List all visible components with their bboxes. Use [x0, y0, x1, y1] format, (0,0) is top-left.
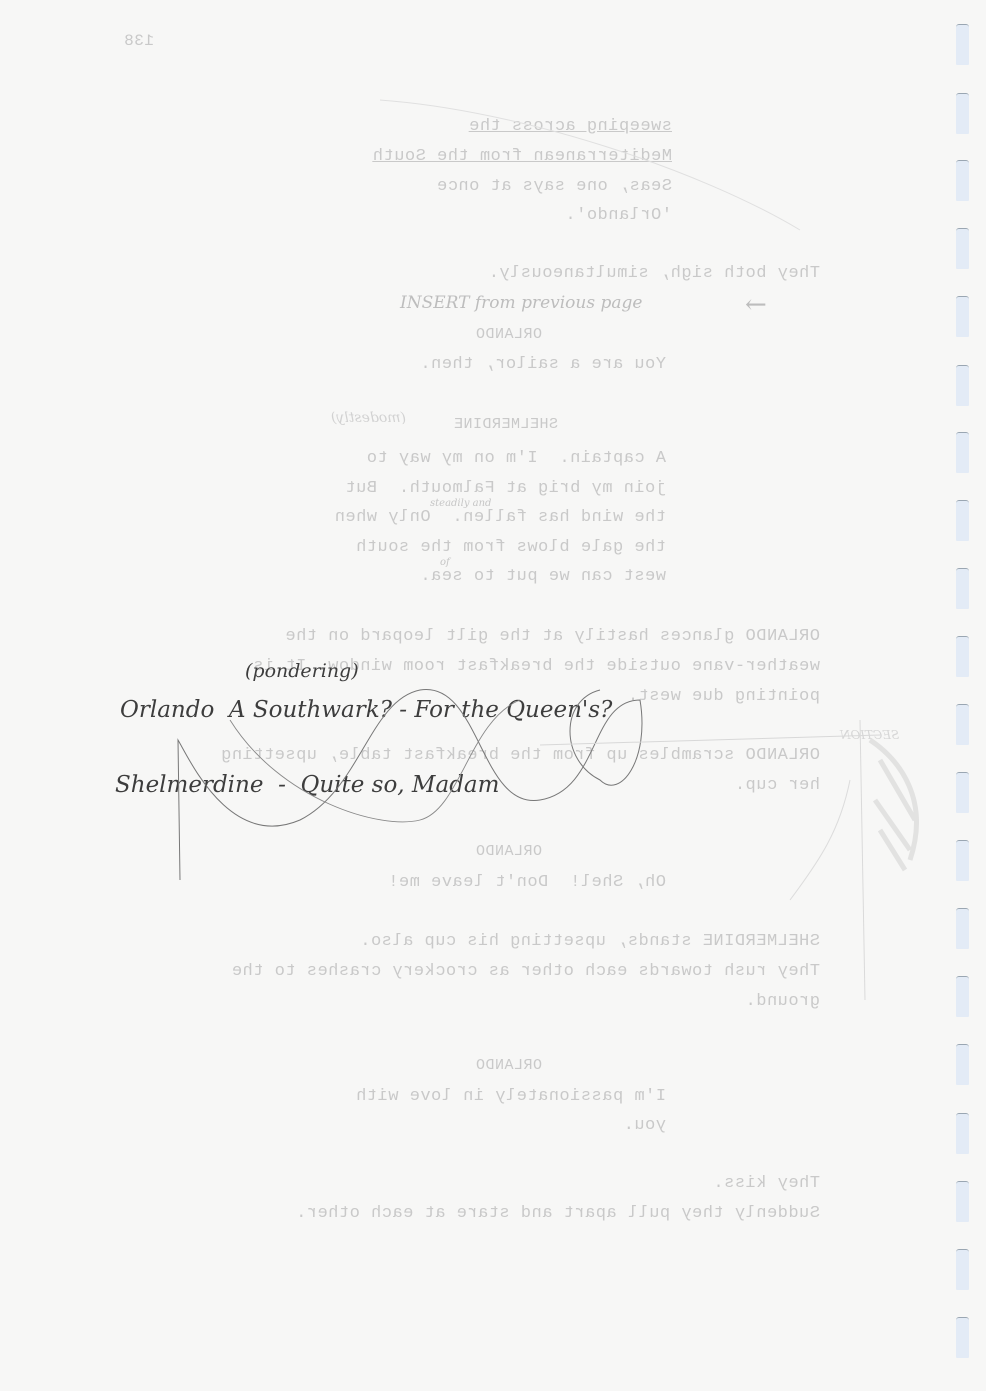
binding-hole [956, 840, 969, 881]
binding-hole [956, 365, 969, 406]
binding-hole [956, 500, 969, 541]
binding-hole [956, 772, 969, 813]
binding-hole [956, 432, 969, 473]
binding-hole [956, 1044, 969, 1085]
binding-hole [956, 704, 969, 745]
pencil-marks [0, 0, 986, 1391]
binding-hole [956, 24, 969, 65]
binding-hole [956, 1113, 969, 1154]
binding-hole [956, 1181, 969, 1222]
binding-hole [956, 908, 969, 949]
binding-hole [956, 568, 969, 609]
binding-hole [956, 160, 969, 201]
binding-hole [956, 1249, 969, 1290]
binding-hole [956, 296, 969, 337]
binding-hole [956, 636, 969, 677]
binding-hole [956, 1317, 969, 1358]
binding-hole [956, 976, 969, 1017]
binding-hole [956, 228, 969, 269]
binding-hole [956, 93, 969, 134]
